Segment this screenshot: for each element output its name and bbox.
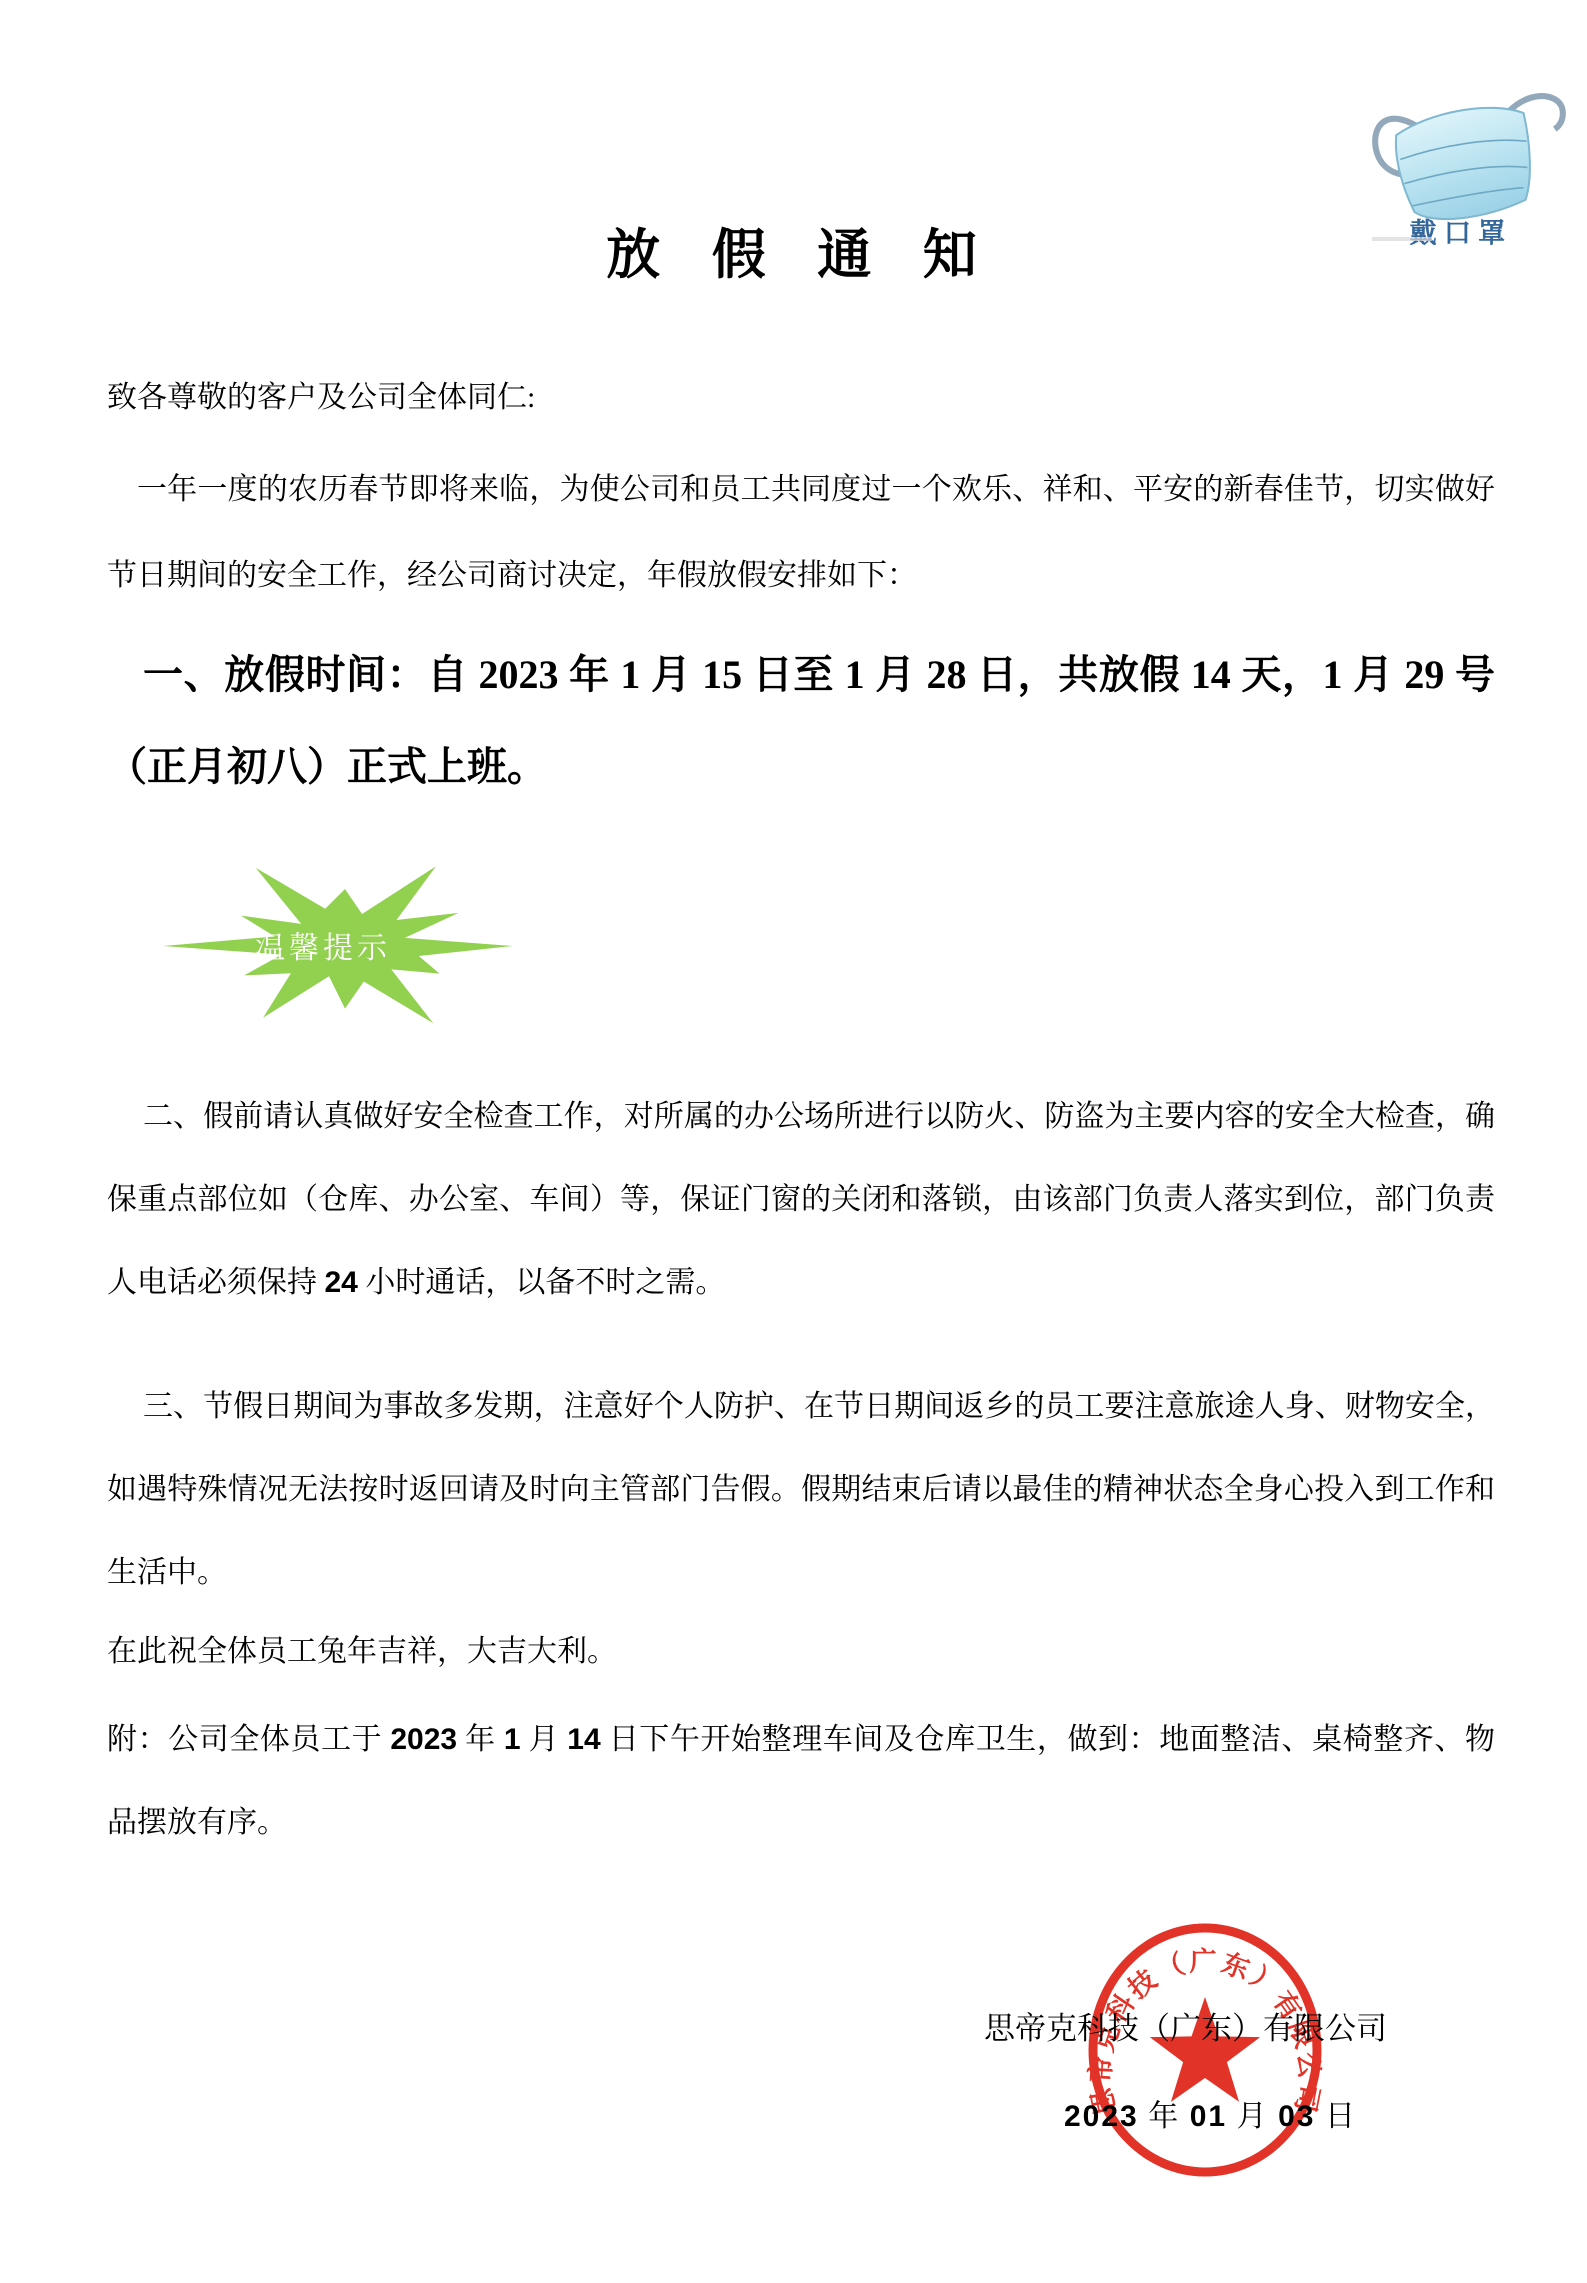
holiday-time-heading: 一、放假时间：自 2023 年 1 月 15 日至 1 月 28 日，共放假 1…	[107, 629, 1495, 813]
safety-check-paragraph: 二、假前请认真做好安全检查工作，对所属的办公场所进行以防火、防盗为主要内容的安全…	[107, 1075, 1495, 1324]
notice-page: 戴口罩 放 假 通 知 致各尊敬的客户及公司全体同仁: 一年一度的农历春节即将来…	[0, 0, 1587, 2283]
company-stamp: 思帝克科技（广东）有限公司	[1075, 1915, 1335, 2185]
appendix-paragraph: 附：公司全体员工于 2023 年 1 月 14 日下午开始整理车间及仓库卫生，做…	[107, 1698, 1495, 1864]
issue-date: 2023 年 01 月 03 日	[1064, 2096, 1357, 2138]
new-year-wish-line: 在此祝全体员工兔年吉祥，大吉大利。	[107, 1632, 617, 1672]
salutation-line: 致各尊敬的客户及公司全体同仁:	[107, 378, 535, 418]
mask-body	[1396, 108, 1530, 219]
tip-burst: 温馨提示	[155, 848, 535, 1053]
tip-burst-label: 温馨提示	[255, 931, 391, 965]
page-title: 放 假 通 知	[0, 212, 1587, 289]
company-name: 思帝克科技（广东）有限公司	[984, 2008, 1387, 2050]
travel-safety-paragraph: 三、节假日期间为事故多发期，注意好个人防护、在节日期间返乡的员工要注意旅途人身、…	[107, 1365, 1495, 1614]
intro-paragraph: 一年一度的农历春节即将来临，为使公司和员工共同度过一个欢乐、祥和、平安的新春佳节…	[107, 447, 1495, 619]
